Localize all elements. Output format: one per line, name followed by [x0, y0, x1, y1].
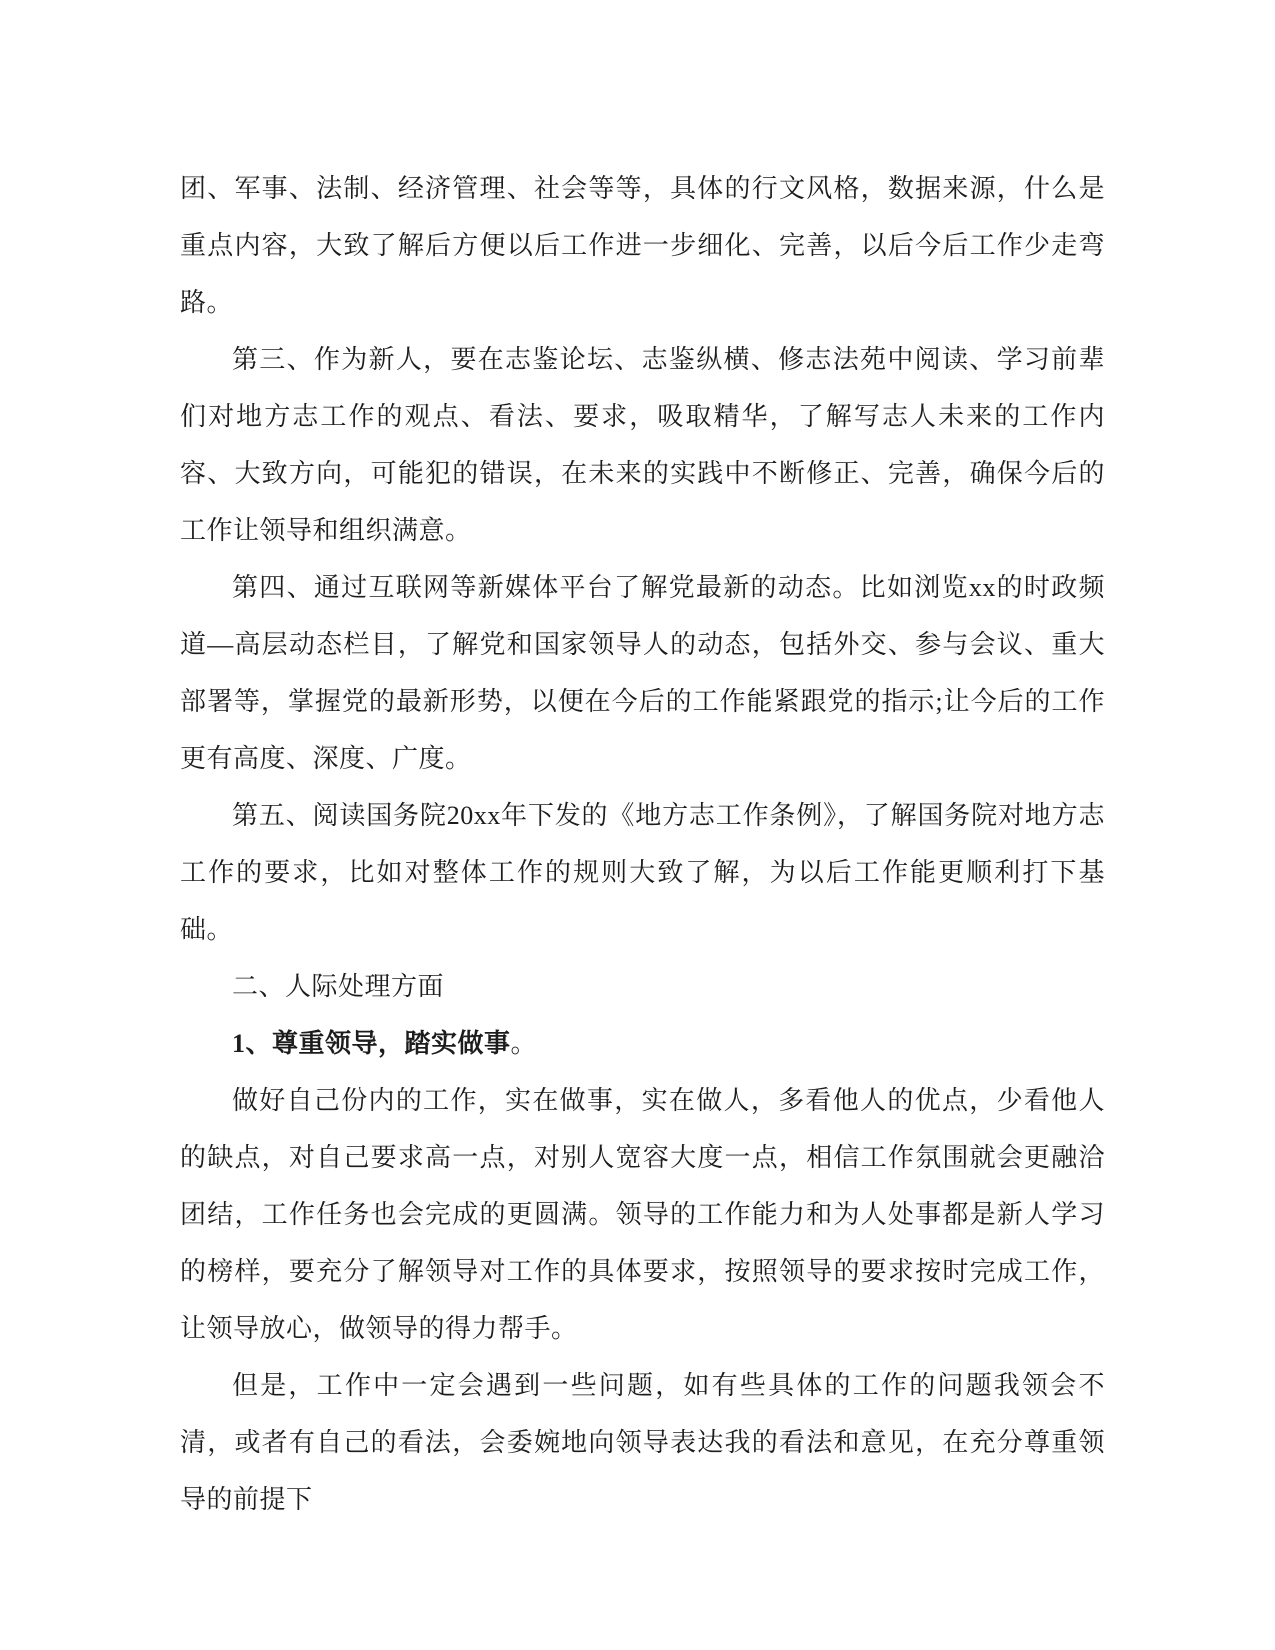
heading-suffix: 。 — [511, 1029, 538, 1058]
document-page: 团、军事、法制、经济管理、社会等等，具体的行文风格，数据来源，什么是重点内容，大… — [0, 0, 1275, 1650]
body-paragraph: 第四、通过互联网等新媒体平台了解党最新的动态。比如浏览xx的时政频道—高层动态栏… — [180, 559, 1105, 787]
document-body: 团、军事、法制、经济管理、社会等等，具体的行文风格，数据来源，什么是重点内容，大… — [180, 160, 1105, 1528]
body-paragraph: 第三、作为新人，要在志鉴论坛、志鉴纵横、修志法苑中阅读、学习前辈们对地方志工作的… — [180, 331, 1105, 559]
body-paragraph: 团、军事、法制、经济管理、社会等等，具体的行文风格，数据来源，什么是重点内容，大… — [180, 160, 1105, 331]
body-paragraph: 但是，工作中一定会遇到一些问题，如有些具体的工作的问题我领会不清，或者有自己的看… — [180, 1357, 1105, 1528]
numbered-heading: 1、尊重领导，踏实做事。 — [180, 1015, 1105, 1072]
body-paragraph: 二、人际处理方面 — [180, 958, 1105, 1015]
body-paragraph: 做好自己份内的工作，实在做事，实在做人，多看他人的优点，少看他人的缺点，对自己要… — [180, 1072, 1105, 1357]
heading-bold-text: 1、尊重领导，踏实做事 — [232, 1029, 511, 1058]
body-paragraph: 第五、阅读国务院20xx年下发的《地方志工作条例》，了解国务院对地方志工作的要求… — [180, 787, 1105, 958]
